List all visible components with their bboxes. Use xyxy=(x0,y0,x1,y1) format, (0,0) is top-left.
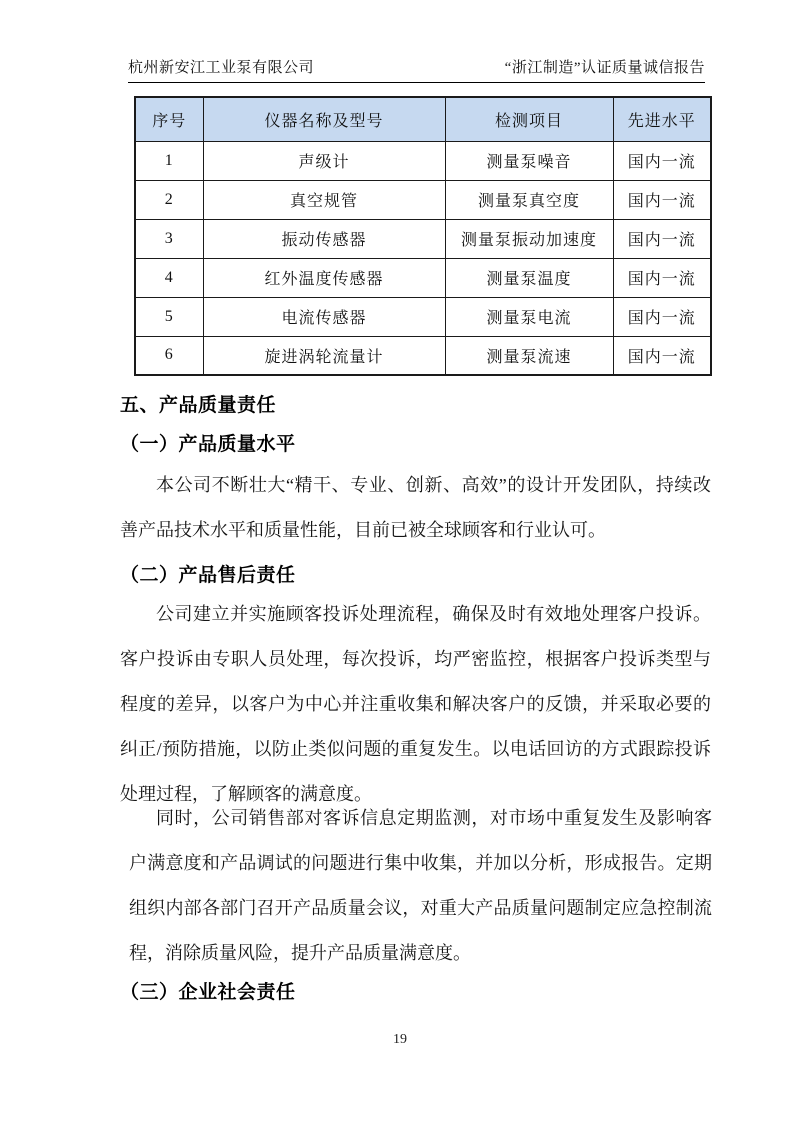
table-cell: 国内一流 xyxy=(613,336,711,375)
table-cell: 振动传感器 xyxy=(203,219,445,258)
table-cell: 测量泵流速 xyxy=(445,336,613,375)
table-cell: 测量泵噪音 xyxy=(445,141,613,180)
table-cell: 旋进涡轮流量计 xyxy=(203,336,445,375)
table-cell: 1 xyxy=(135,141,203,180)
table-cell: 测量泵电流 xyxy=(445,297,613,336)
column-header-instrument: 仪器名称及型号 xyxy=(203,97,445,141)
column-header-test-item: 检测项目 xyxy=(445,97,613,141)
section-heading-main: 五、产品质量责任 xyxy=(120,390,276,417)
table-header-row: 序号 仪器名称及型号 检测项目 先进水平 xyxy=(135,97,711,141)
table-cell: 测量泵真空度 xyxy=(445,180,613,219)
table-cell: 国内一流 xyxy=(613,141,711,180)
table-cell: 国内一流 xyxy=(613,297,711,336)
table-cell: 测量泵振动加速度 xyxy=(445,219,613,258)
column-header-index: 序号 xyxy=(135,97,203,141)
header-company-name: 杭州新安江工业泵有限公司 xyxy=(128,56,314,77)
section-heading-after-sales: （二）产品售后责任 xyxy=(120,560,296,587)
table-cell: 国内一流 xyxy=(613,258,711,297)
section-heading-quality-level: （一）产品质量水平 xyxy=(120,429,296,456)
instruments-table: 序号 仪器名称及型号 检测项目 先进水平 1 声级计 测量泵噪音 国内一流 2 … xyxy=(134,96,712,376)
paragraph-sales-monitoring: 同时，公司销售部对客诉信息定期监测，对市场中重复发生及影响客户满意度和产品调试的… xyxy=(129,796,712,976)
table-cell: 6 xyxy=(135,336,203,375)
running-header: 杭州新安江工业泵有限公司 “浙江制造”认证质量诚信报告 xyxy=(128,56,705,83)
table-cell: 声级计 xyxy=(203,141,445,180)
table-cell: 2 xyxy=(135,180,203,219)
table-cell: 红外温度传感器 xyxy=(203,258,445,297)
table-cell: 5 xyxy=(135,297,203,336)
table-cell: 测量泵温度 xyxy=(445,258,613,297)
table-cell: 国内一流 xyxy=(613,219,711,258)
column-header-level: 先进水平 xyxy=(613,97,711,141)
table-cell: 真空规管 xyxy=(203,180,445,219)
table-cell: 电流传感器 xyxy=(203,297,445,336)
table-row: 2 真空规管 测量泵真空度 国内一流 xyxy=(135,180,711,219)
paragraph-complaint-process: 公司建立并实施顾客投诉处理流程，确保及时有效地处理客户投诉。客户投诉由专职人员处… xyxy=(120,592,711,817)
section-heading-social-responsibility: （三）企业社会责任 xyxy=(120,977,296,1004)
table-cell: 3 xyxy=(135,219,203,258)
table-row: 4 红外温度传感器 测量泵温度 国内一流 xyxy=(135,258,711,297)
header-report-title: “浙江制造”认证质量诚信报告 xyxy=(505,56,705,77)
table-cell: 国内一流 xyxy=(613,180,711,219)
table-row: 6 旋进涡轮流量计 测量泵流速 国内一流 xyxy=(135,336,711,375)
document-page: 杭州新安江工业泵有限公司 “浙江制造”认证质量诚信报告 序号 仪器名称及型号 检… xyxy=(0,0,800,1131)
table-row: 5 电流传感器 测量泵电流 国内一流 xyxy=(135,297,711,336)
table-cell: 4 xyxy=(135,258,203,297)
table-row: 3 振动传感器 测量泵振动加速度 国内一流 xyxy=(135,219,711,258)
paragraph-quality-level: 本公司不断壮大“精干、专业、创新、高效”的设计开发团队，持续改善产品技术水平和质… xyxy=(120,463,711,553)
page-number: 19 xyxy=(0,1032,800,1048)
table-row: 1 声级计 测量泵噪音 国内一流 xyxy=(135,141,711,180)
